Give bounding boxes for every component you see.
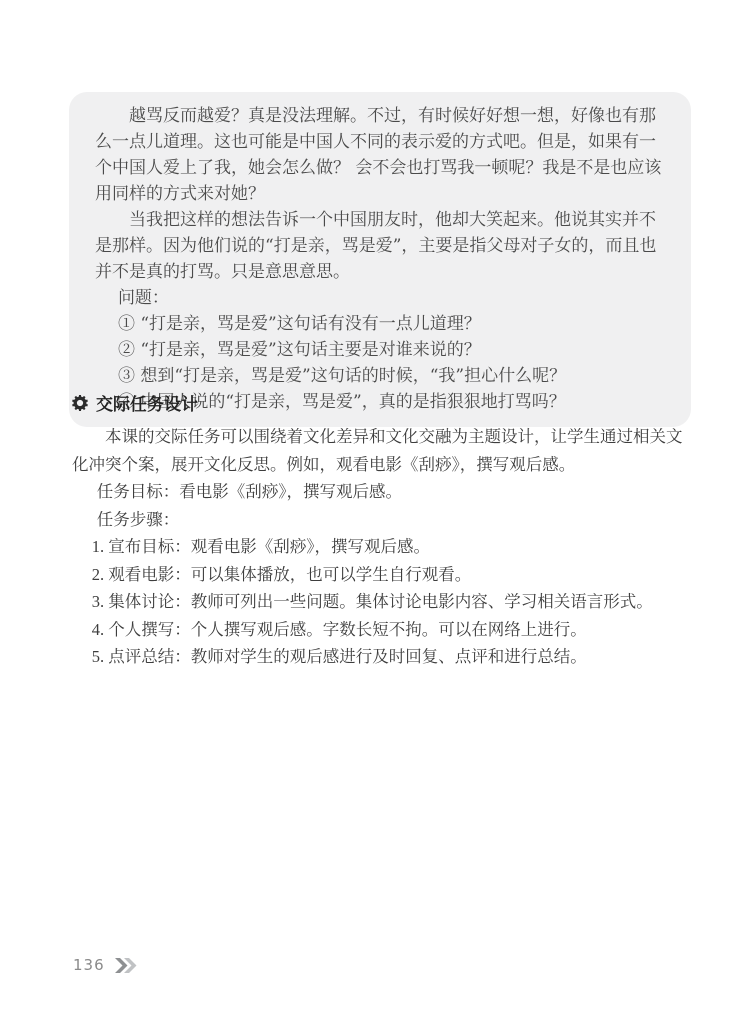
page-footer: 136 (73, 956, 145, 974)
reading-passage-box: 越骂反而越爱？真是没法理解。不过，有时候好好想一想，好像也有那么一点儿道理。这也… (69, 92, 691, 427)
task-step: 1. 宣布目标：观看电影《刮痧》，撰写观后感。 (92, 533, 688, 561)
task-step: 5. 点评总结：教师对学生的观后感进行及时回复、点评和进行总结。 (92, 643, 688, 671)
task-design-section: 交际任务设计 本课的交际任务可以围绕着文化差异和文化交融为主题设计，让学生通过相… (72, 390, 688, 671)
questions-label: 问题： (118, 285, 663, 311)
task-goal: 任务目标：看电影《刮痧》，撰写观后感。 (97, 478, 688, 506)
page-number: 136 (73, 956, 105, 974)
question-item: ① “打是亲，骂是爱”这句话有没有一点儿道理？ (118, 311, 663, 337)
task-step: 4. 个人撰写：个人撰写观后感。字数长短不拘。可以在网络上进行。 (92, 616, 688, 644)
task-steps-label: 任务步骤： (97, 506, 688, 534)
task-step: 2. 观看电影：可以集体播放，也可以学生自行观看。 (92, 561, 688, 589)
double-chevron-icon (115, 958, 145, 973)
section-title: 交际任务设计 (96, 390, 198, 415)
question-item: ② “打是亲，骂是爱”这句话主要是对谁来说的？ (118, 337, 663, 363)
intro-paragraph: 本课的交际任务可以围绕着文化差异和文化交融为主题设计，让学生通过相关文化冲突个案… (72, 423, 688, 478)
passage-paragraph: 越骂反而越爱？真是没法理解。不过，有时候好好想一想，好像也有那么一点儿道理。这也… (95, 103, 663, 207)
question-item: ③ 想到“打是亲，骂是爱”这句话的时候，“我”担心什么呢？ (118, 363, 663, 389)
gear-icon (72, 395, 88, 411)
passage-paragraph: 当我把这样的想法告诉一个中国朋友时，他却大笑起来。他说其实并不是那样。因为他们说… (95, 207, 663, 285)
task-step: 3. 集体讨论：教师可列出一些问题。集体讨论电影内容、学习相关语言形式。 (92, 588, 688, 616)
section-header: 交际任务设计 (72, 390, 688, 415)
